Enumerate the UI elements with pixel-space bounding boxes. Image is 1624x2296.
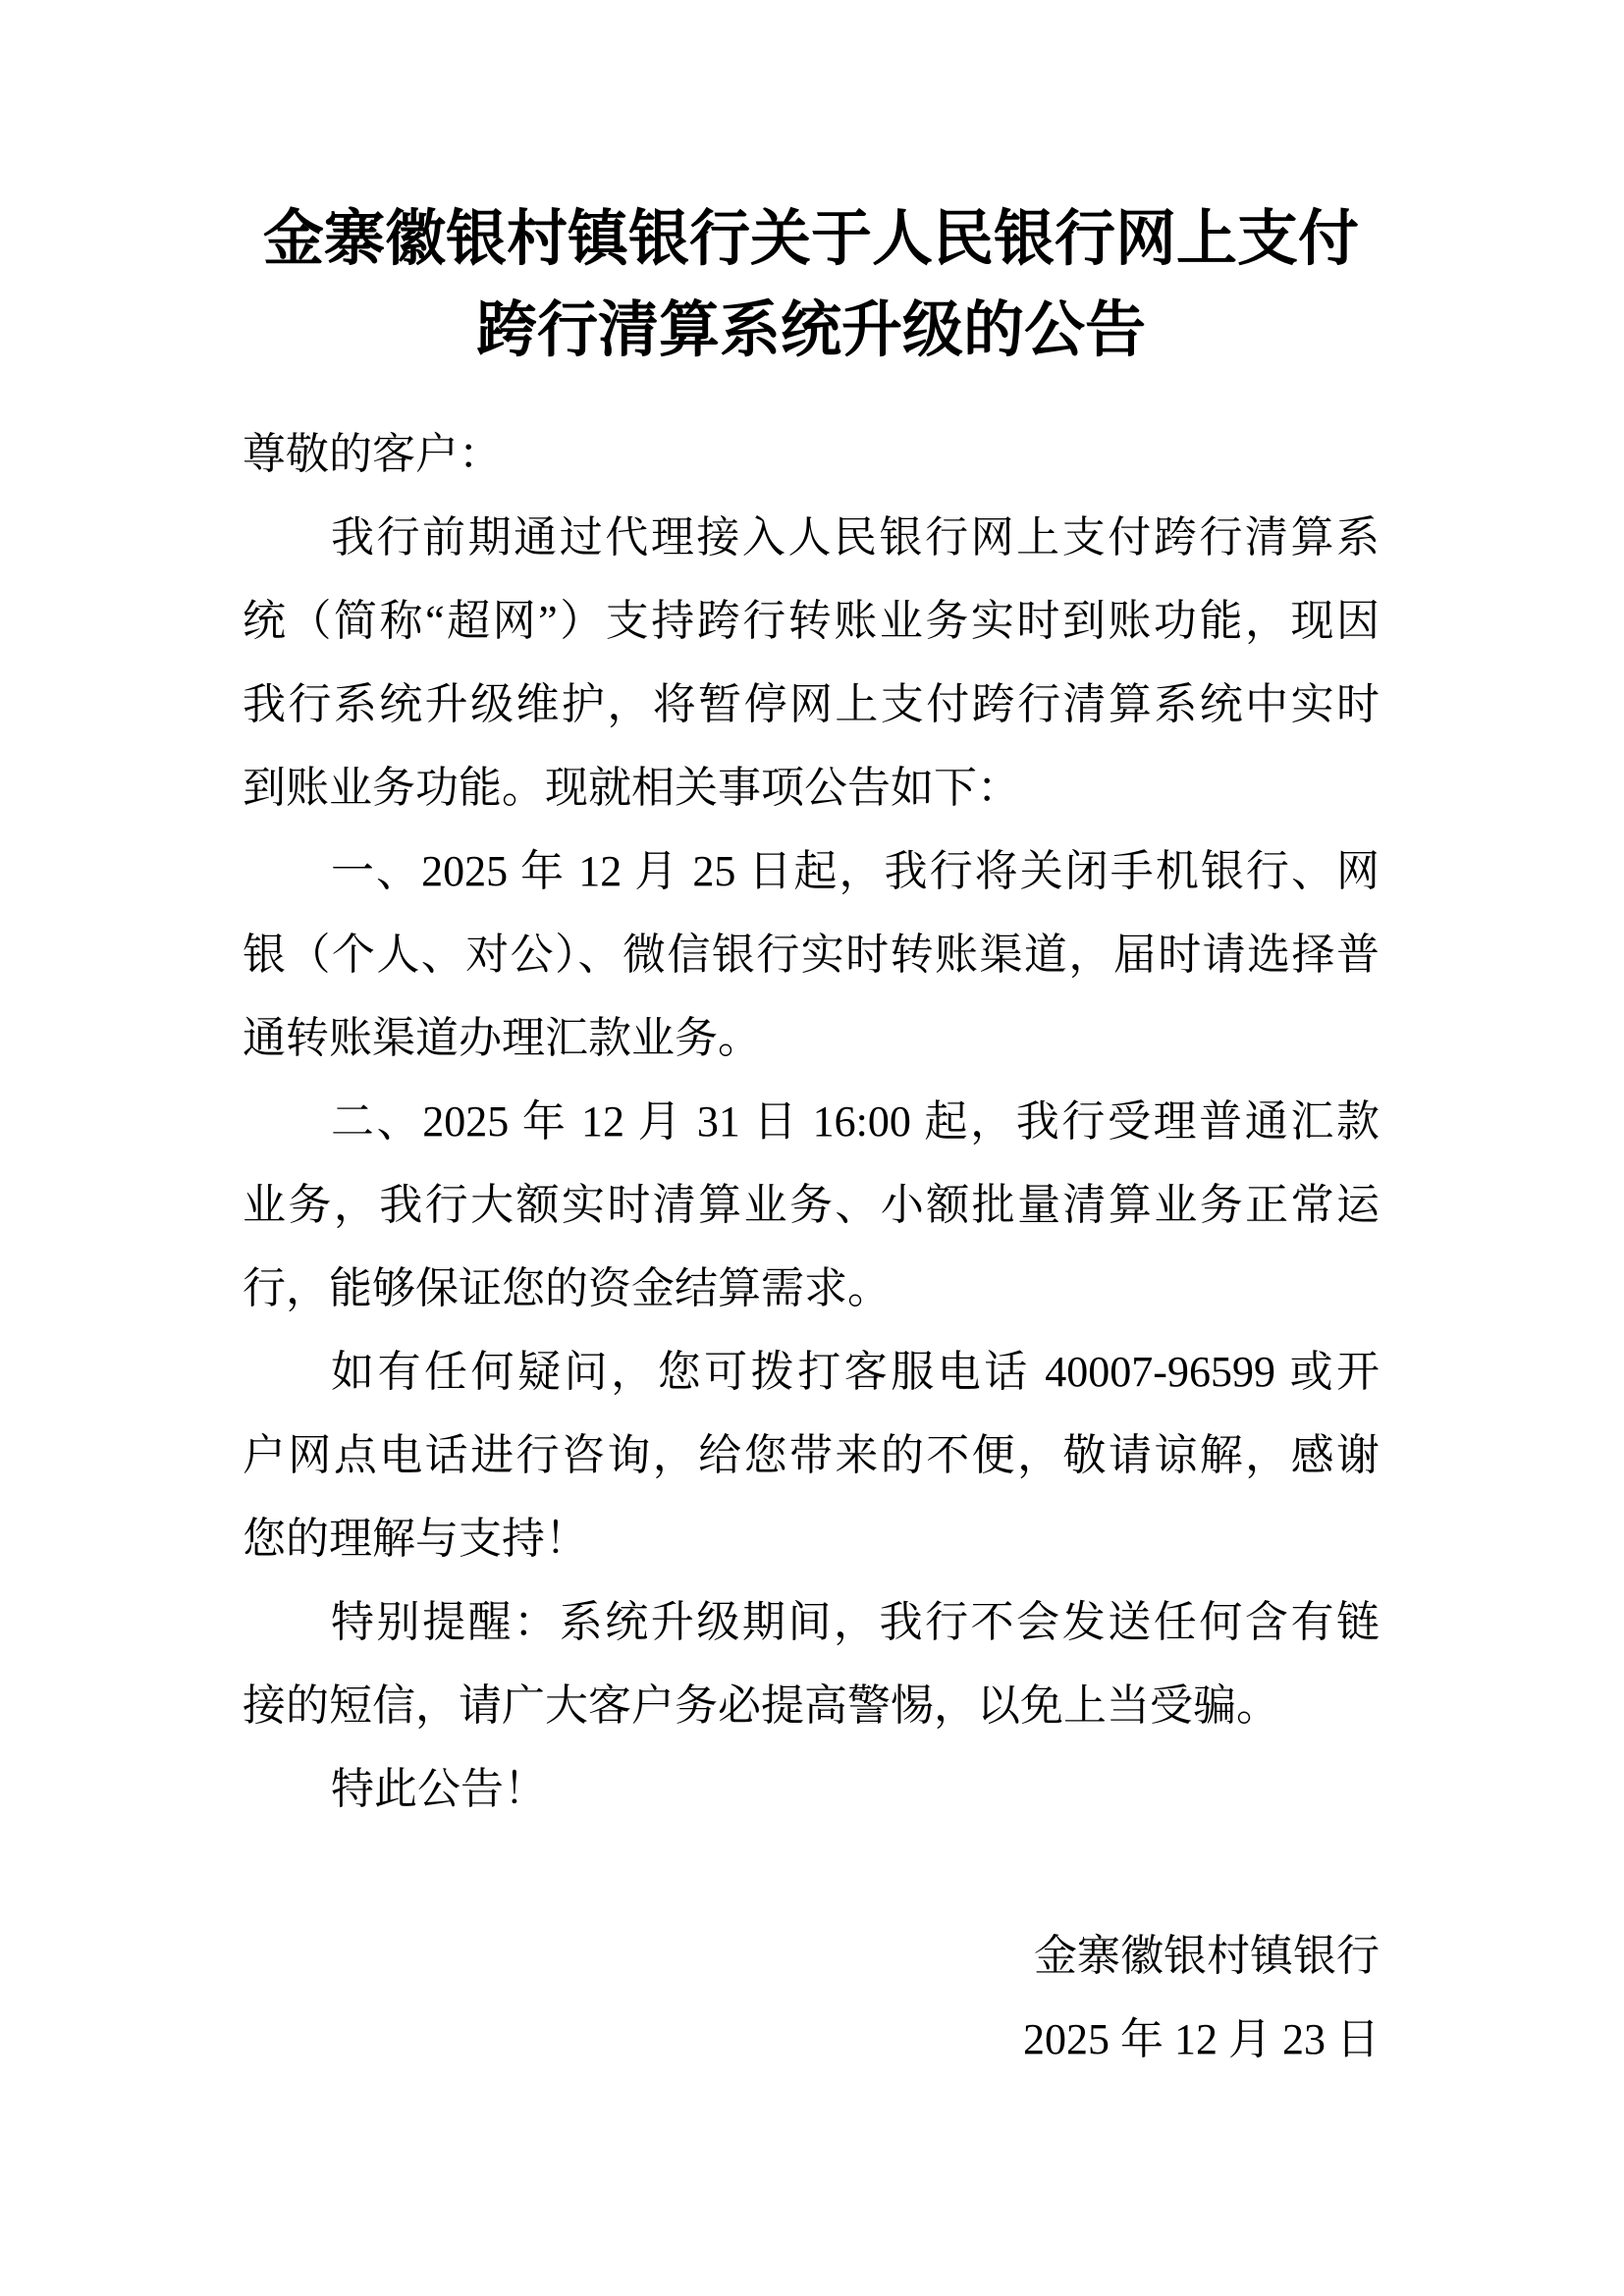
salutation: 尊敬的客户： bbox=[243, 412, 1380, 496]
signature-date: 2025 年 12 月 23 日 bbox=[243, 1998, 1380, 2081]
body-line: 统（简称“超网”）支持跨行转账业务实时到账功能，现因 bbox=[243, 579, 1380, 663]
paragraph-3: 二、2025 年 12 月 31 日 16:00 起，我行受理普通汇款 业务，我… bbox=[243, 1080, 1380, 1330]
body-line: 户网点电话进行咨询，给您带来的不便，敬请谅解，感谢 bbox=[243, 1414, 1380, 1497]
body-line: 通转账渠道办理汇款业务。 bbox=[243, 996, 1380, 1080]
body-line: 行，能够保证您的资金结算需求。 bbox=[243, 1247, 1380, 1330]
body-line: 二、2025 年 12 月 31 日 16:00 起，我行受理普通汇款 bbox=[243, 1080, 1380, 1163]
signature-spacer bbox=[243, 1831, 1380, 1914]
body-line: 业务，我行大额实时清算业务、小额批量清算业务正常运 bbox=[243, 1163, 1380, 1247]
body-line: 一、2025 年 12 月 25 日起，我行将关闭手机银行、网 bbox=[243, 829, 1380, 913]
body-line: 我行前期通过代理接入人民银行网上支付跨行清算系 bbox=[243, 496, 1380, 579]
body-line: 特别提醒：系统升级期间，我行不会发送任何含有链 bbox=[243, 1580, 1380, 1664]
closing-line: 特此公告！ bbox=[243, 1747, 1380, 1831]
announcement-page: 金寨徽银村镇银行关于人民银行网上支付 跨行清算系统升级的公告 尊敬的客户： 我行… bbox=[0, 0, 1624, 2296]
title-line-2: 跨行清算系统升级的公告 bbox=[243, 286, 1380, 377]
announcement-title: 金寨徽银村镇银行关于人民银行网上支付 跨行清算系统升级的公告 bbox=[243, 194, 1380, 377]
body-line: 我行系统升级维护，将暂停网上支付跨行清算系统中实时 bbox=[243, 663, 1380, 746]
paragraph-1: 我行前期通过代理接入人民银行网上支付跨行清算系 统（简称“超网”）支持跨行转账业… bbox=[243, 496, 1380, 829]
body-line: 您的理解与支持！ bbox=[243, 1497, 1380, 1580]
signature-block: 金寨徽银村镇银行 2025 年 12 月 23 日 bbox=[243, 1914, 1380, 2081]
signature-bank-name: 金寨徽银村镇银行 bbox=[243, 1914, 1380, 1998]
paragraph-4: 如有任何疑问，您可拨打客服电话 40007-96599 或开 户网点电话进行咨询… bbox=[243, 1330, 1380, 1580]
body-line: 接的短信，请广大客户务必提高警惕，以免上当受骗。 bbox=[243, 1664, 1380, 1747]
paragraph-2: 一、2025 年 12 月 25 日起，我行将关闭手机银行、网 银（个人、对公）… bbox=[243, 829, 1380, 1080]
body-line: 如有任何疑问，您可拨打客服电话 40007-96599 或开 bbox=[243, 1330, 1380, 1414]
paragraph-5: 特别提醒：系统升级期间，我行不会发送任何含有链 接的短信，请广大客户务必提高警惕… bbox=[243, 1580, 1380, 1747]
body-line: 到账业务功能。现就相关事项公告如下： bbox=[243, 746, 1380, 829]
announcement-text: 尊敬的客户： 我行前期通过代理接入人民银行网上支付跨行清算系 统（简称“超网”）… bbox=[243, 412, 1380, 2081]
body-line: 银（个人、对公）、微信银行实时转账渠道，届时请选择普 bbox=[243, 913, 1380, 996]
title-line-1: 金寨徽银村镇银行关于人民银行网上支付 bbox=[243, 194, 1380, 286]
document-body: 金寨徽银村镇银行关于人民银行网上支付 跨行清算系统升级的公告 尊敬的客户： 我行… bbox=[243, 0, 1380, 2081]
